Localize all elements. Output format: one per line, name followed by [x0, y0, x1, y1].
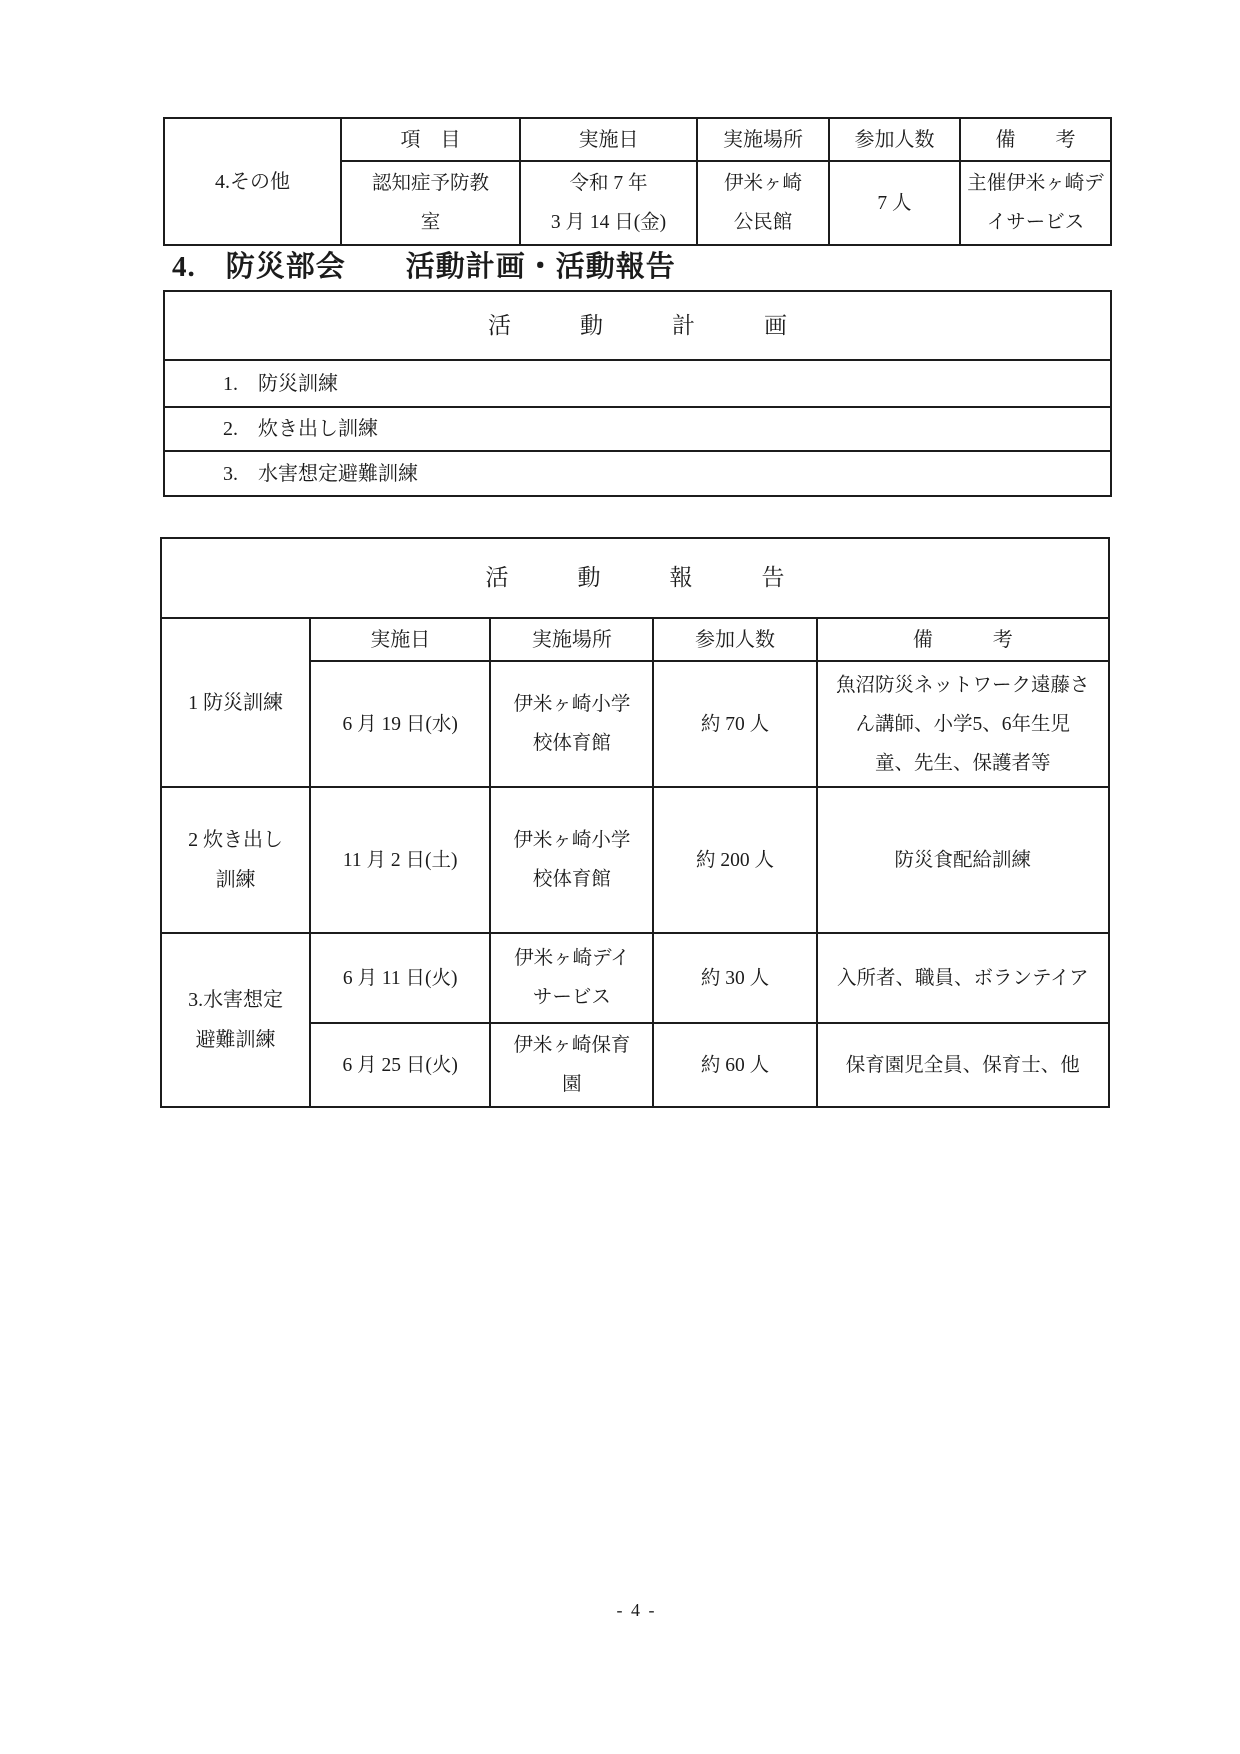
report-header-place: 実施場所	[490, 618, 653, 661]
report-header-count: 参加人数	[653, 618, 816, 661]
report-row-3a: 3.水害想定 避難訓練 6 月 11 日(火) 伊米ヶ崎デイ サービス 約 30…	[161, 933, 1109, 1023]
cell-place: 伊米ヶ崎小学 校体育館	[490, 787, 653, 933]
cell-count: 約 30 人	[653, 933, 816, 1023]
cell-place: 伊米ヶ崎保育 園	[490, 1023, 653, 1107]
document-page: 4.その他 項 目 実施日 実施場所 参加人数 備 考 認知症予防教 室 令和 …	[0, 0, 1240, 1754]
cell-date: 令和 7 年 3 月 14 日(金)	[520, 161, 697, 245]
activity-plan-table: 活 動 計 画 1. 防災訓練 2. 炊き出し訓練 3. 水害想定避難訓練	[163, 290, 1112, 497]
plan-item-2: 2. 炊き出し訓練	[164, 407, 1111, 451]
plan-title: 活 動 計 画	[164, 291, 1111, 360]
cell-count: 約 60 人	[653, 1023, 816, 1107]
activity-report-table: 活 動 報 告 1 防災訓練 実施日 実施場所 参加人数 備 考 6 月 19 …	[160, 537, 1110, 1108]
cell-date: 6 月 11 日(火)	[310, 933, 490, 1023]
report-row-2: 2 炊き出し 訓練 11 月 2 日(土) 伊米ヶ崎小学 校体育館 約 200 …	[161, 787, 1109, 933]
report-header-date: 実施日	[310, 618, 490, 661]
cell-count: 約 70 人	[653, 661, 816, 787]
plan-item-3: 3. 水害想定避難訓練	[164, 451, 1111, 496]
other-row-label: 4.その他	[164, 118, 341, 245]
report-row-label-3: 3.水害想定 避難訓練	[161, 933, 310, 1107]
header-count: 参加人数	[829, 118, 960, 161]
report-title: 活 動 報 告	[161, 538, 1109, 618]
cell-place: 伊米ヶ崎デイ サービス	[490, 933, 653, 1023]
cell-note: 防災食配給訓練	[817, 787, 1109, 933]
cell-note: 主催伊米ヶ崎デ イサービス	[960, 161, 1111, 245]
plan-item-1: 1. 防災訓練	[164, 360, 1111, 407]
other-activities-table: 4.その他 項 目 実施日 実施場所 参加人数 備 考 認知症予防教 室 令和 …	[163, 117, 1112, 246]
header-date: 実施日	[520, 118, 697, 161]
header-note: 備 考	[960, 118, 1111, 161]
report-header-note: 備 考	[817, 618, 1109, 661]
cell-date: 6 月 25 日(火)	[310, 1023, 490, 1107]
cell-place: 伊米ヶ崎 公民館	[697, 161, 829, 245]
report-title-row: 活 動 報 告	[161, 538, 1109, 618]
cell-note: 入所者、職員、ボランテイア	[817, 933, 1109, 1023]
cell-place: 伊米ヶ崎小学 校体育館	[490, 661, 653, 787]
report-header-row: 1 防災訓練 実施日 実施場所 参加人数 備 考	[161, 618, 1109, 661]
report-row-label-1: 1 防災訓練	[161, 618, 310, 787]
table-header-row: 4.その他 項 目 実施日 実施場所 参加人数 備 考	[164, 118, 1111, 161]
plan-title-row: 活 動 計 画	[164, 291, 1111, 360]
report-row-label-2: 2 炊き出し 訓練	[161, 787, 310, 933]
cell-note: 魚沼防災ネットワーク遠藤さ ん講師、小学5、6年生児 童、先生、保護者等	[817, 661, 1109, 787]
cell-note: 保育園児全員、保育士、他	[817, 1023, 1109, 1107]
cell-date: 6 月 19 日(水)	[310, 661, 490, 787]
page-number: - 4 -	[163, 1592, 1110, 1628]
cell-date: 11 月 2 日(土)	[310, 787, 490, 933]
cell-count: 7 人	[829, 161, 960, 245]
header-item: 項 目	[341, 118, 520, 161]
header-place: 実施場所	[697, 118, 829, 161]
cell-item: 認知症予防教 室	[341, 161, 520, 245]
plan-item-row: 3. 水害想定避難訓練	[164, 451, 1111, 496]
plan-item-row: 1. 防災訓練	[164, 360, 1111, 407]
section-heading: 4. 防災部会 活動計画・活動報告	[172, 246, 1122, 288]
plan-item-row: 2. 炊き出し訓練	[164, 407, 1111, 451]
cell-count: 約 200 人	[653, 787, 816, 933]
